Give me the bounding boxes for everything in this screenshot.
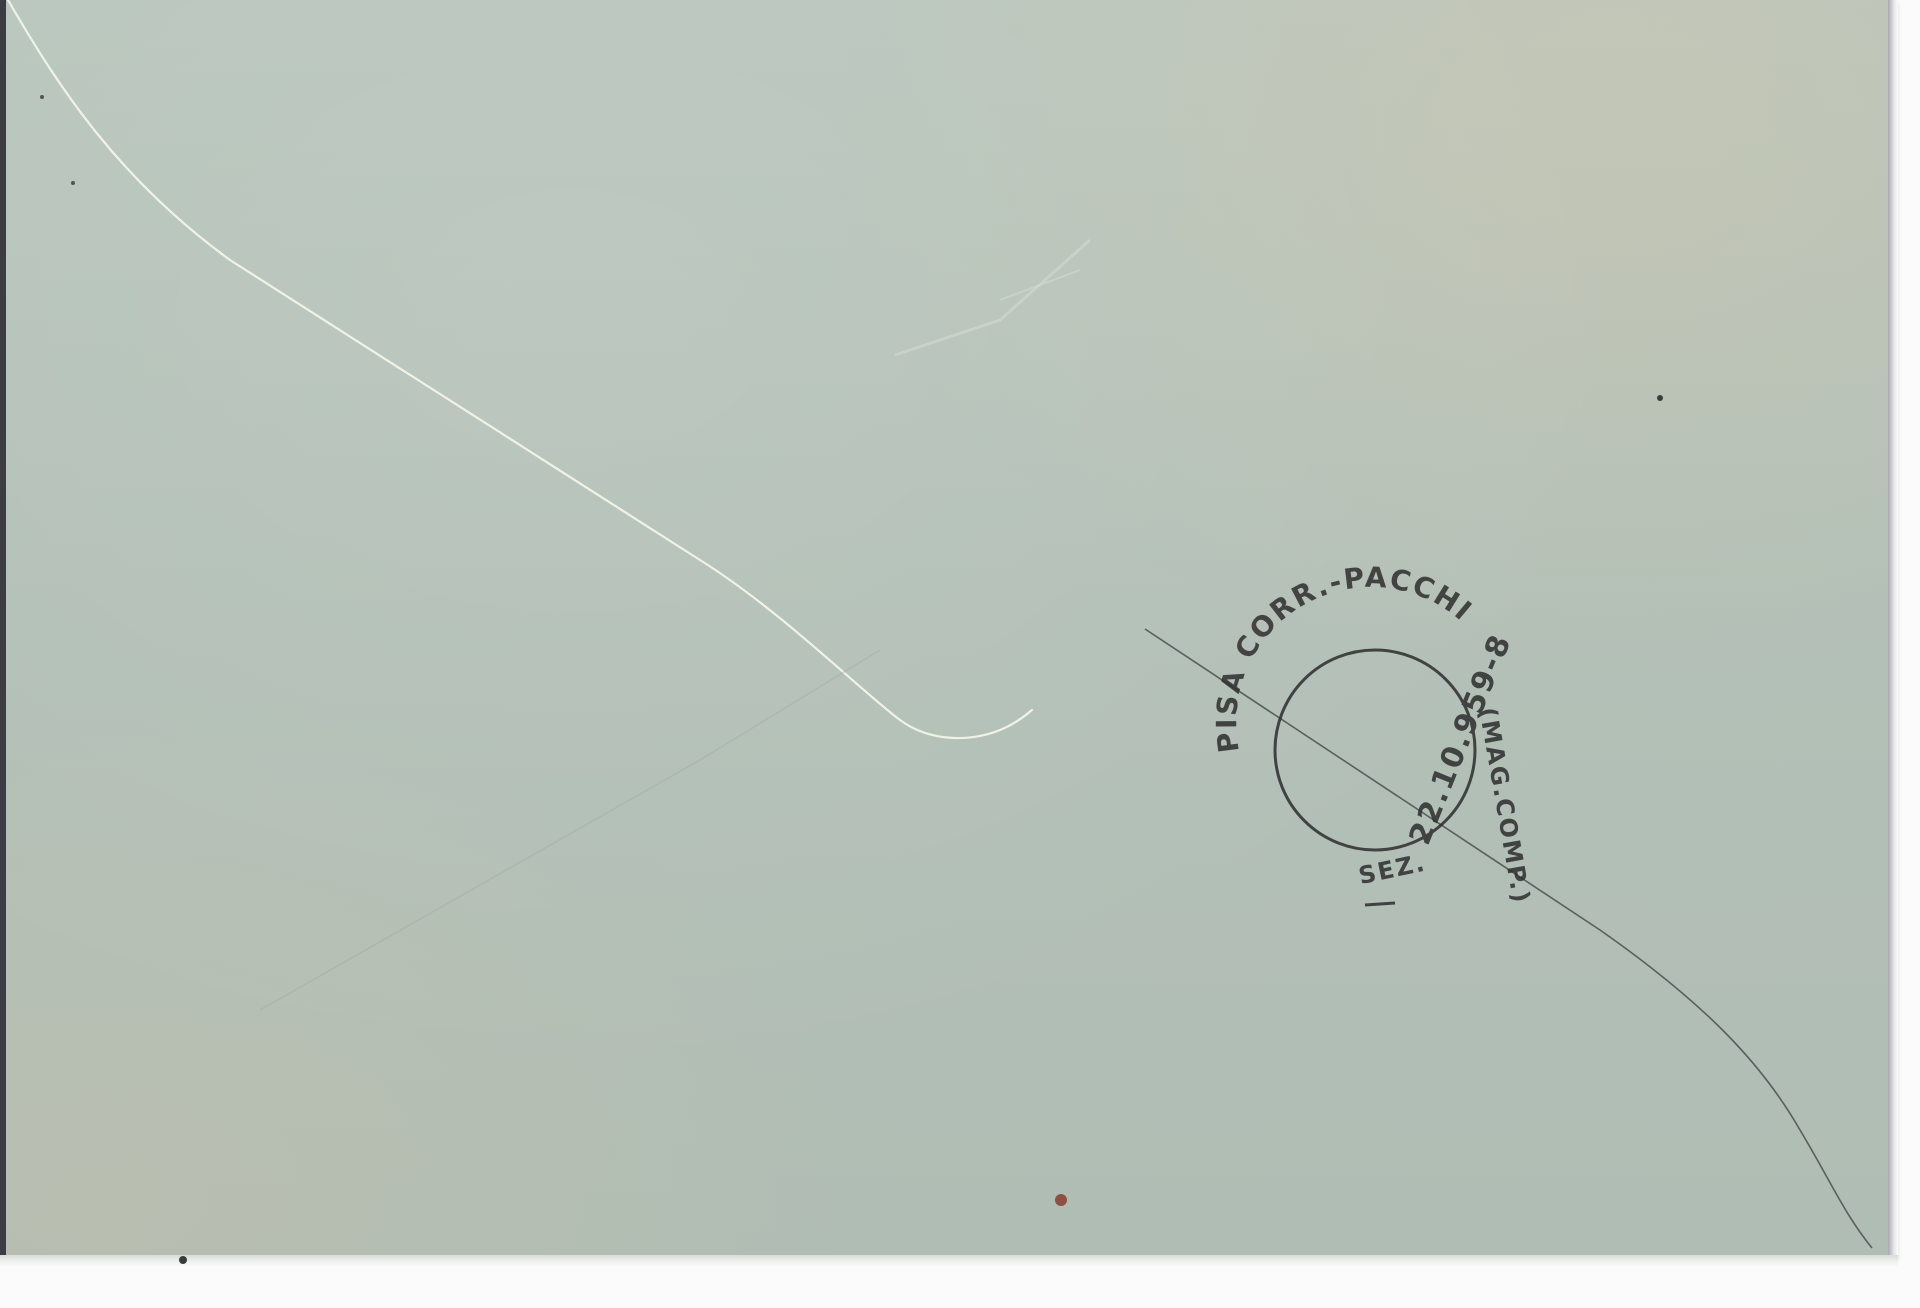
speck: [71, 181, 75, 185]
postmark-right-text: (MAG.COMP.): [1473, 705, 1535, 906]
speck: [1657, 395, 1663, 401]
scanned-envelope: PISA CORR.-PACCHI (MAG.COMP.) SEZ. 22.10…: [0, 0, 1920, 1308]
flap-crease-line: [8, 0, 1032, 738]
postmark-bottom-text: SEZ.: [1356, 849, 1429, 891]
faint-flap-line: [260, 650, 880, 1010]
speck: [40, 95, 44, 99]
stain-spot: [1055, 1194, 1067, 1206]
envelope-markings: PISA CORR.-PACCHI (MAG.COMP.) SEZ. 22.10…: [0, 0, 1920, 1308]
embossed-mark: [1000, 270, 1080, 300]
flap-edge-line: [1145, 629, 1872, 1248]
postmark-underline: [1365, 903, 1395, 905]
postmark-top-text: PISA CORR.-PACCHI: [1210, 561, 1479, 755]
speck: [179, 1256, 187, 1264]
embossed-mark: [895, 240, 1090, 355]
